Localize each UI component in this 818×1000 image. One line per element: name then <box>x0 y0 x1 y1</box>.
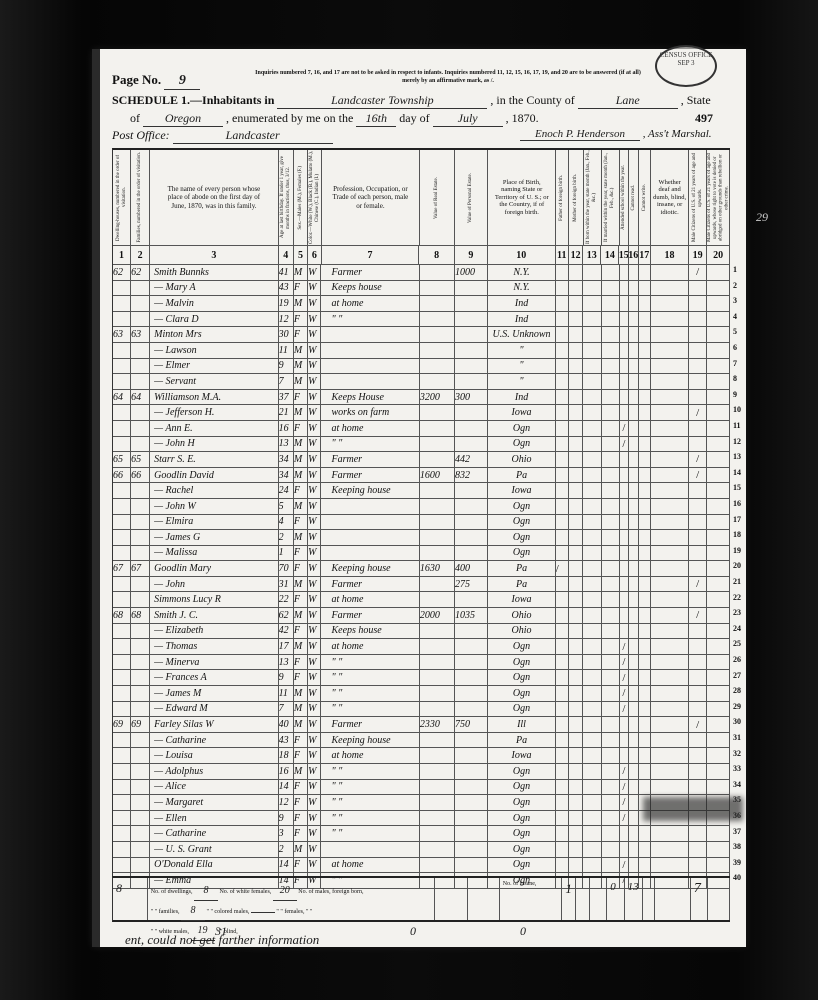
cell-school <box>620 327 630 342</box>
cell-personal: 275 <box>455 577 488 592</box>
cell-col20 <box>707 327 730 342</box>
cell-family <box>131 795 150 810</box>
families-count: 8 <box>181 901 205 921</box>
cell-col20 <box>707 359 730 374</box>
cell-father_foreign <box>556 281 569 296</box>
cell-occupation: " " <box>321 670 419 685</box>
line-number: 32 <box>733 749 741 758</box>
cell-sex: M <box>294 437 308 452</box>
cell-col14 <box>602 405 620 420</box>
table-row: — Louisa18FWat homeIowa <box>113 748 730 764</box>
cell-color: W <box>308 390 321 405</box>
cell-real <box>420 546 455 561</box>
cell-dwelling <box>113 780 131 795</box>
cell-school <box>620 281 630 296</box>
cell-col20 <box>707 577 730 592</box>
cell-birthplace: Ogn <box>488 655 555 670</box>
cell-col17 <box>639 296 651 311</box>
column-number: 4 <box>279 246 294 264</box>
cell-family <box>131 343 150 358</box>
cell-sex: M <box>294 359 308 374</box>
cell-col17 <box>639 577 651 592</box>
cell-citizen <box>689 655 707 670</box>
column-number: 7 <box>322 246 420 264</box>
cell-personal <box>455 546 488 561</box>
cell-col13 <box>583 343 601 358</box>
cell-school <box>620 592 630 607</box>
post-office-field: Landcaster <box>173 128 333 144</box>
cell-age: 9 <box>279 811 294 826</box>
cell-dwelling <box>113 546 131 561</box>
cell-name: — Ellen <box>150 811 278 826</box>
cell-col13 <box>583 842 601 857</box>
cell-school <box>620 608 630 623</box>
cell-personal <box>455 826 488 841</box>
cell-family <box>131 374 150 389</box>
cell-col20 <box>707 733 730 748</box>
ink-smudge <box>643 797 743 821</box>
cell-col20 <box>707 374 730 389</box>
cell-family <box>131 858 150 873</box>
table-row: — Rachel24FWKeeping houseIowa <box>113 483 730 499</box>
tally-mark-icon: / <box>622 703 625 715</box>
cell-real <box>420 312 455 327</box>
table-row: — Catharine3FW" "Ogn <box>113 826 730 842</box>
cell-father_foreign <box>556 686 569 701</box>
cell-real <box>420 592 455 607</box>
cell-dwelling <box>113 359 131 374</box>
cell-col16 <box>629 421 639 436</box>
cell-color: W <box>308 592 321 607</box>
enumerator-note: ent, could not get farther information <box>125 932 319 948</box>
cell-color: W <box>308 359 321 374</box>
cell-citizen <box>689 390 707 405</box>
table-row: — Elmer9MW" <box>113 359 730 375</box>
cell-col18 <box>651 281 689 296</box>
cell-col12 <box>569 452 583 467</box>
cell-occupation: Keeps House <box>321 390 419 405</box>
tally-mark-icon: / <box>622 812 625 824</box>
cell-sex: M <box>294 639 308 654</box>
cell-real <box>420 530 455 545</box>
cell-name: — Clara D <box>150 312 278 327</box>
cell-dwelling: 66 <box>113 468 131 483</box>
cell-birthplace: Ogn <box>488 515 555 530</box>
cell-col13 <box>583 717 601 732</box>
cell-dwelling: 67 <box>113 561 131 576</box>
cell-col20 <box>707 858 730 873</box>
cell-father_foreign <box>556 826 569 841</box>
cell-family <box>131 655 150 670</box>
cell-father_foreign <box>556 592 569 607</box>
cell-father_foreign: / <box>556 561 569 576</box>
table-row: 6868Smith J. C.62MWFarmer20001035Ohio/ <box>113 608 730 624</box>
cell-col17 <box>639 390 651 405</box>
cell-name: — Louisa <box>150 748 278 763</box>
cell-col14 <box>602 717 620 732</box>
line-number: 33 <box>733 764 741 773</box>
tally-mark-icon: / <box>696 609 699 621</box>
cell-dwelling <box>113 702 131 717</box>
cell-name: — James G <box>150 530 278 545</box>
marshal-name: Enoch P. Henderson <box>520 128 640 141</box>
county-field: Lane <box>578 93 678 109</box>
cell-col17 <box>639 359 651 374</box>
cell-col13 <box>583 546 601 561</box>
cell-occupation: Farmer <box>321 452 419 467</box>
line-number: 37 <box>733 827 741 836</box>
cell-col18 <box>651 499 689 514</box>
cell-col13 <box>583 265 601 280</box>
cell-col14 <box>602 343 620 358</box>
cell-personal <box>455 374 488 389</box>
cell-col18 <box>651 702 689 717</box>
cell-personal <box>455 483 488 498</box>
cell-father_foreign <box>556 437 569 452</box>
cell-col18 <box>651 421 689 436</box>
cell-family <box>131 826 150 841</box>
cell-occupation: Farmer <box>321 265 419 280</box>
cell-sex: M <box>294 608 308 623</box>
cell-col16 <box>629 390 639 405</box>
cell-occupation: at home <box>321 296 419 311</box>
cell-name: — Rachel <box>150 483 278 498</box>
table-row: — Frances A9FW" "Ogn/ <box>113 670 730 686</box>
cell-col12 <box>569 624 583 639</box>
cell-personal <box>455 795 488 810</box>
cell-school <box>620 561 630 576</box>
cell-occupation: " " <box>321 764 419 779</box>
cell-family: 69 <box>131 717 150 732</box>
cell-col13 <box>583 374 601 389</box>
cell-col14 <box>602 624 620 639</box>
cell-col20 <box>707 780 730 795</box>
cell-personal <box>455 405 488 420</box>
cell-real <box>420 281 455 296</box>
cell-col12 <box>569 639 583 654</box>
cell-age: 22 <box>279 592 294 607</box>
cell-sex: M <box>294 343 308 358</box>
cell-age: 11 <box>279 686 294 701</box>
cell-col17 <box>639 733 651 748</box>
cell-dwelling <box>113 858 131 873</box>
cell-occupation: Farmer <box>321 468 419 483</box>
cell-col20 <box>707 452 730 467</box>
cell-name: Williamson M.A. <box>150 390 278 405</box>
cell-dwelling <box>113 639 131 654</box>
line-number: 28 <box>733 686 741 695</box>
cell-col16 <box>629 374 639 389</box>
cell-personal <box>455 515 488 530</box>
cell-col17 <box>639 452 651 467</box>
cell-col14 <box>602 748 620 763</box>
cell-dwelling <box>113 592 131 607</box>
cell-age: 9 <box>279 670 294 685</box>
cell-personal <box>455 327 488 342</box>
cell-col20 <box>707 561 730 576</box>
line-number: 24 <box>733 624 741 633</box>
cell-father_foreign <box>556 811 569 826</box>
tally-mark-icon: / <box>622 687 625 699</box>
cell-school <box>620 515 630 530</box>
cell-name: Goodlin Mary <box>150 561 278 576</box>
cell-col16 <box>629 686 639 701</box>
cell-color: W <box>308 281 321 296</box>
cell-father_foreign <box>556 608 569 623</box>
cell-col12 <box>569 374 583 389</box>
cell-dwelling <box>113 374 131 389</box>
table-row: Simmons Lucy R22FWat homeIowa <box>113 592 730 608</box>
cell-real <box>420 265 455 280</box>
cell-citizen <box>689 312 707 327</box>
insane-count: No. of insane, <box>500 878 563 920</box>
cell-col16 <box>629 639 639 654</box>
tally-mark-icon: / <box>622 641 625 653</box>
cell-color: W <box>308 421 321 436</box>
cell-col18 <box>651 733 689 748</box>
cell-dwelling <box>113 405 131 420</box>
cell-occupation: Keeping house <box>321 561 419 576</box>
cell-col18 <box>651 546 689 561</box>
cell-color: W <box>308 764 321 779</box>
cell-occupation: Keeps house <box>321 281 419 296</box>
cell-name: — John <box>150 577 278 592</box>
cell-name: — Elmira <box>150 515 278 530</box>
line-number: 9 <box>733 390 737 399</box>
cell-col14 <box>602 421 620 436</box>
cell-family: 64 <box>131 390 150 405</box>
cell-personal <box>455 780 488 795</box>
cell-color: W <box>308 452 321 467</box>
table-row: — Ellen9FW" "Ogn/ <box>113 811 730 827</box>
cell-sex: F <box>294 624 308 639</box>
cell-birthplace: Ohio <box>488 452 555 467</box>
cell-color: W <box>308 639 321 654</box>
cell-father_foreign <box>556 483 569 498</box>
page-number: 9 <box>164 73 200 90</box>
cell-col17 <box>639 764 651 779</box>
cell-name: — Adolphus <box>150 764 278 779</box>
column-number: 10 <box>488 246 556 264</box>
line-number: 21 <box>733 577 741 586</box>
cell-col12 <box>569 748 583 763</box>
cell-personal <box>455 499 488 514</box>
cell-col16 <box>629 546 639 561</box>
tally-mark-icon: / <box>696 407 699 419</box>
cell-col18 <box>651 452 689 467</box>
cell-citizen <box>689 515 707 530</box>
cell-citizen: / <box>689 468 707 483</box>
cell-dwelling <box>113 421 131 436</box>
cell-col12 <box>569 483 583 498</box>
line-number: 26 <box>733 655 741 664</box>
cell-name: Simmons Lucy R <box>150 592 278 607</box>
cell-personal <box>455 733 488 748</box>
cell-age: 9 <box>279 359 294 374</box>
cell-citizen <box>689 748 707 763</box>
cell-col14 <box>602 483 620 498</box>
col-4-header: Age at last birthday. If under 1 year, g… <box>280 150 292 245</box>
cell-color: W <box>308 717 321 732</box>
cell-col13 <box>583 764 601 779</box>
cell-birthplace: Pa <box>488 577 555 592</box>
cell-age: 43 <box>279 281 294 296</box>
cell-citizen <box>689 780 707 795</box>
table-row: — Mary A43FWKeeps houseN.Y. <box>113 281 730 297</box>
cell-age: 16 <box>279 764 294 779</box>
cell-father_foreign <box>556 577 569 592</box>
cell-col13 <box>583 452 601 467</box>
cell-col20 <box>707 530 730 545</box>
cell-name: — Malissa <box>150 546 278 561</box>
cell-birthplace: Pa <box>488 468 555 483</box>
line-number: 2 <box>733 281 737 290</box>
cell-dwelling <box>113 686 131 701</box>
cell-age: 14 <box>279 780 294 795</box>
cell-father_foreign <box>556 764 569 779</box>
cell-color: W <box>308 296 321 311</box>
cell-col16 <box>629 327 639 342</box>
table-row: 6969Farley Silas W40MWFarmer2330750Ill/ <box>113 717 730 733</box>
cell-father_foreign <box>556 670 569 685</box>
cell-col16 <box>629 608 639 623</box>
cell-real <box>420 733 455 748</box>
cell-age: 31 <box>279 577 294 592</box>
column-number: 5 <box>294 246 308 264</box>
cell-father_foreign <box>556 421 569 436</box>
cell-name: — Elizabeth <box>150 624 278 639</box>
cell-personal: 1035 <box>455 608 488 623</box>
state-field: Oregon <box>143 111 223 127</box>
cell-col17 <box>639 374 651 389</box>
cell-real <box>420 764 455 779</box>
cell-col17 <box>639 561 651 576</box>
cell-col14 <box>602 686 620 701</box>
cell-real <box>420 686 455 701</box>
cell-sex: F <box>294 748 308 763</box>
cell-col16 <box>629 312 639 327</box>
cell-occupation <box>321 546 419 561</box>
cell-dwelling <box>113 499 131 514</box>
cell-sex: F <box>294 733 308 748</box>
cell-name: — John W <box>150 499 278 514</box>
cell-col20 <box>707 343 730 358</box>
cell-real: 1630 <box>420 561 455 576</box>
col-1-header: Dwelling-houses, numbered in the order o… <box>116 150 128 245</box>
cell-school <box>620 748 630 763</box>
tally-mark-icon: / <box>696 266 699 278</box>
cell-col13 <box>583 608 601 623</box>
cell-personal: 300 <box>455 390 488 405</box>
cell-citizen <box>689 686 707 701</box>
cell-col14 <box>602 702 620 717</box>
table-row: — Servant7MW" <box>113 374 730 390</box>
cell-occupation: at home <box>321 421 419 436</box>
cell-col16 <box>629 296 639 311</box>
column-number: 3 <box>150 246 278 264</box>
cell-age: 62 <box>279 608 294 623</box>
cell-col18 <box>651 359 689 374</box>
tally-right: 0 <box>520 924 526 939</box>
cell-color: W <box>308 733 321 748</box>
cell-dwelling <box>113 515 131 530</box>
line-number: 34 <box>733 780 741 789</box>
cell-age: 7 <box>279 702 294 717</box>
cell-col18 <box>651 374 689 389</box>
cell-col16 <box>629 780 639 795</box>
cell-color: W <box>308 811 321 826</box>
cell-col18 <box>651 624 689 639</box>
cell-col14 <box>602 452 620 467</box>
cell-school <box>620 343 630 358</box>
cell-father_foreign <box>556 343 569 358</box>
cell-col16 <box>629 764 639 779</box>
line-number: 23 <box>733 608 741 617</box>
cell-color: W <box>308 546 321 561</box>
cell-col18 <box>651 343 689 358</box>
cell-occupation: " " <box>321 811 419 826</box>
cell-citizen: / <box>689 577 707 592</box>
cell-col20 <box>707 624 730 639</box>
cell-family <box>131 764 150 779</box>
cell-col20 <box>707 437 730 452</box>
cell-col12 <box>569 592 583 607</box>
cell-occupation: " " <box>321 780 419 795</box>
cell-sex: M <box>294 468 308 483</box>
cell-real <box>420 327 455 342</box>
cell-occupation: " " <box>321 312 419 327</box>
cell-col14 <box>602 764 620 779</box>
tally-mark-icon: / <box>622 765 625 777</box>
cell-col12 <box>569 577 583 592</box>
cell-real <box>420 670 455 685</box>
cell-sex: M <box>294 686 308 701</box>
cell-col14 <box>602 811 620 826</box>
cell-family <box>131 421 150 436</box>
line-number: 1 <box>733 265 737 274</box>
cell-occupation: at home <box>321 858 419 873</box>
cell-sex: F <box>294 858 308 873</box>
page-number-label: Page No. 9 <box>112 72 200 90</box>
cell-sex: F <box>294 811 308 826</box>
cell-sex: F <box>294 655 308 670</box>
cell-birthplace: Ohio <box>488 624 555 639</box>
cell-col16 <box>629 826 639 841</box>
cell-col20 <box>707 702 730 717</box>
cell-col20 <box>707 499 730 514</box>
cell-occupation <box>321 530 419 545</box>
cell-col14 <box>602 592 620 607</box>
dwellings-count: 8 <box>194 881 218 901</box>
cell-family: 68 <box>131 608 150 623</box>
cell-name: — James M <box>150 686 278 701</box>
cell-col16 <box>629 733 639 748</box>
column-number: 20 <box>707 246 730 264</box>
cell-color: W <box>308 499 321 514</box>
table-row: — John H13MW" "Ogn/ <box>113 437 730 453</box>
cell-color: W <box>308 265 321 280</box>
cell-father_foreign <box>556 265 569 280</box>
cell-col14 <box>602 515 620 530</box>
cell-col18 <box>651 639 689 654</box>
cell-birthplace: Ogn <box>488 826 555 841</box>
cell-col14 <box>602 390 620 405</box>
cell-father_foreign <box>556 374 569 389</box>
table-row: — Adolphus16MW" "Ogn/ <box>113 764 730 780</box>
cell-birthplace: Ill <box>488 717 555 732</box>
cell-birthplace: " <box>488 343 555 358</box>
cell-col20 <box>707 670 730 685</box>
